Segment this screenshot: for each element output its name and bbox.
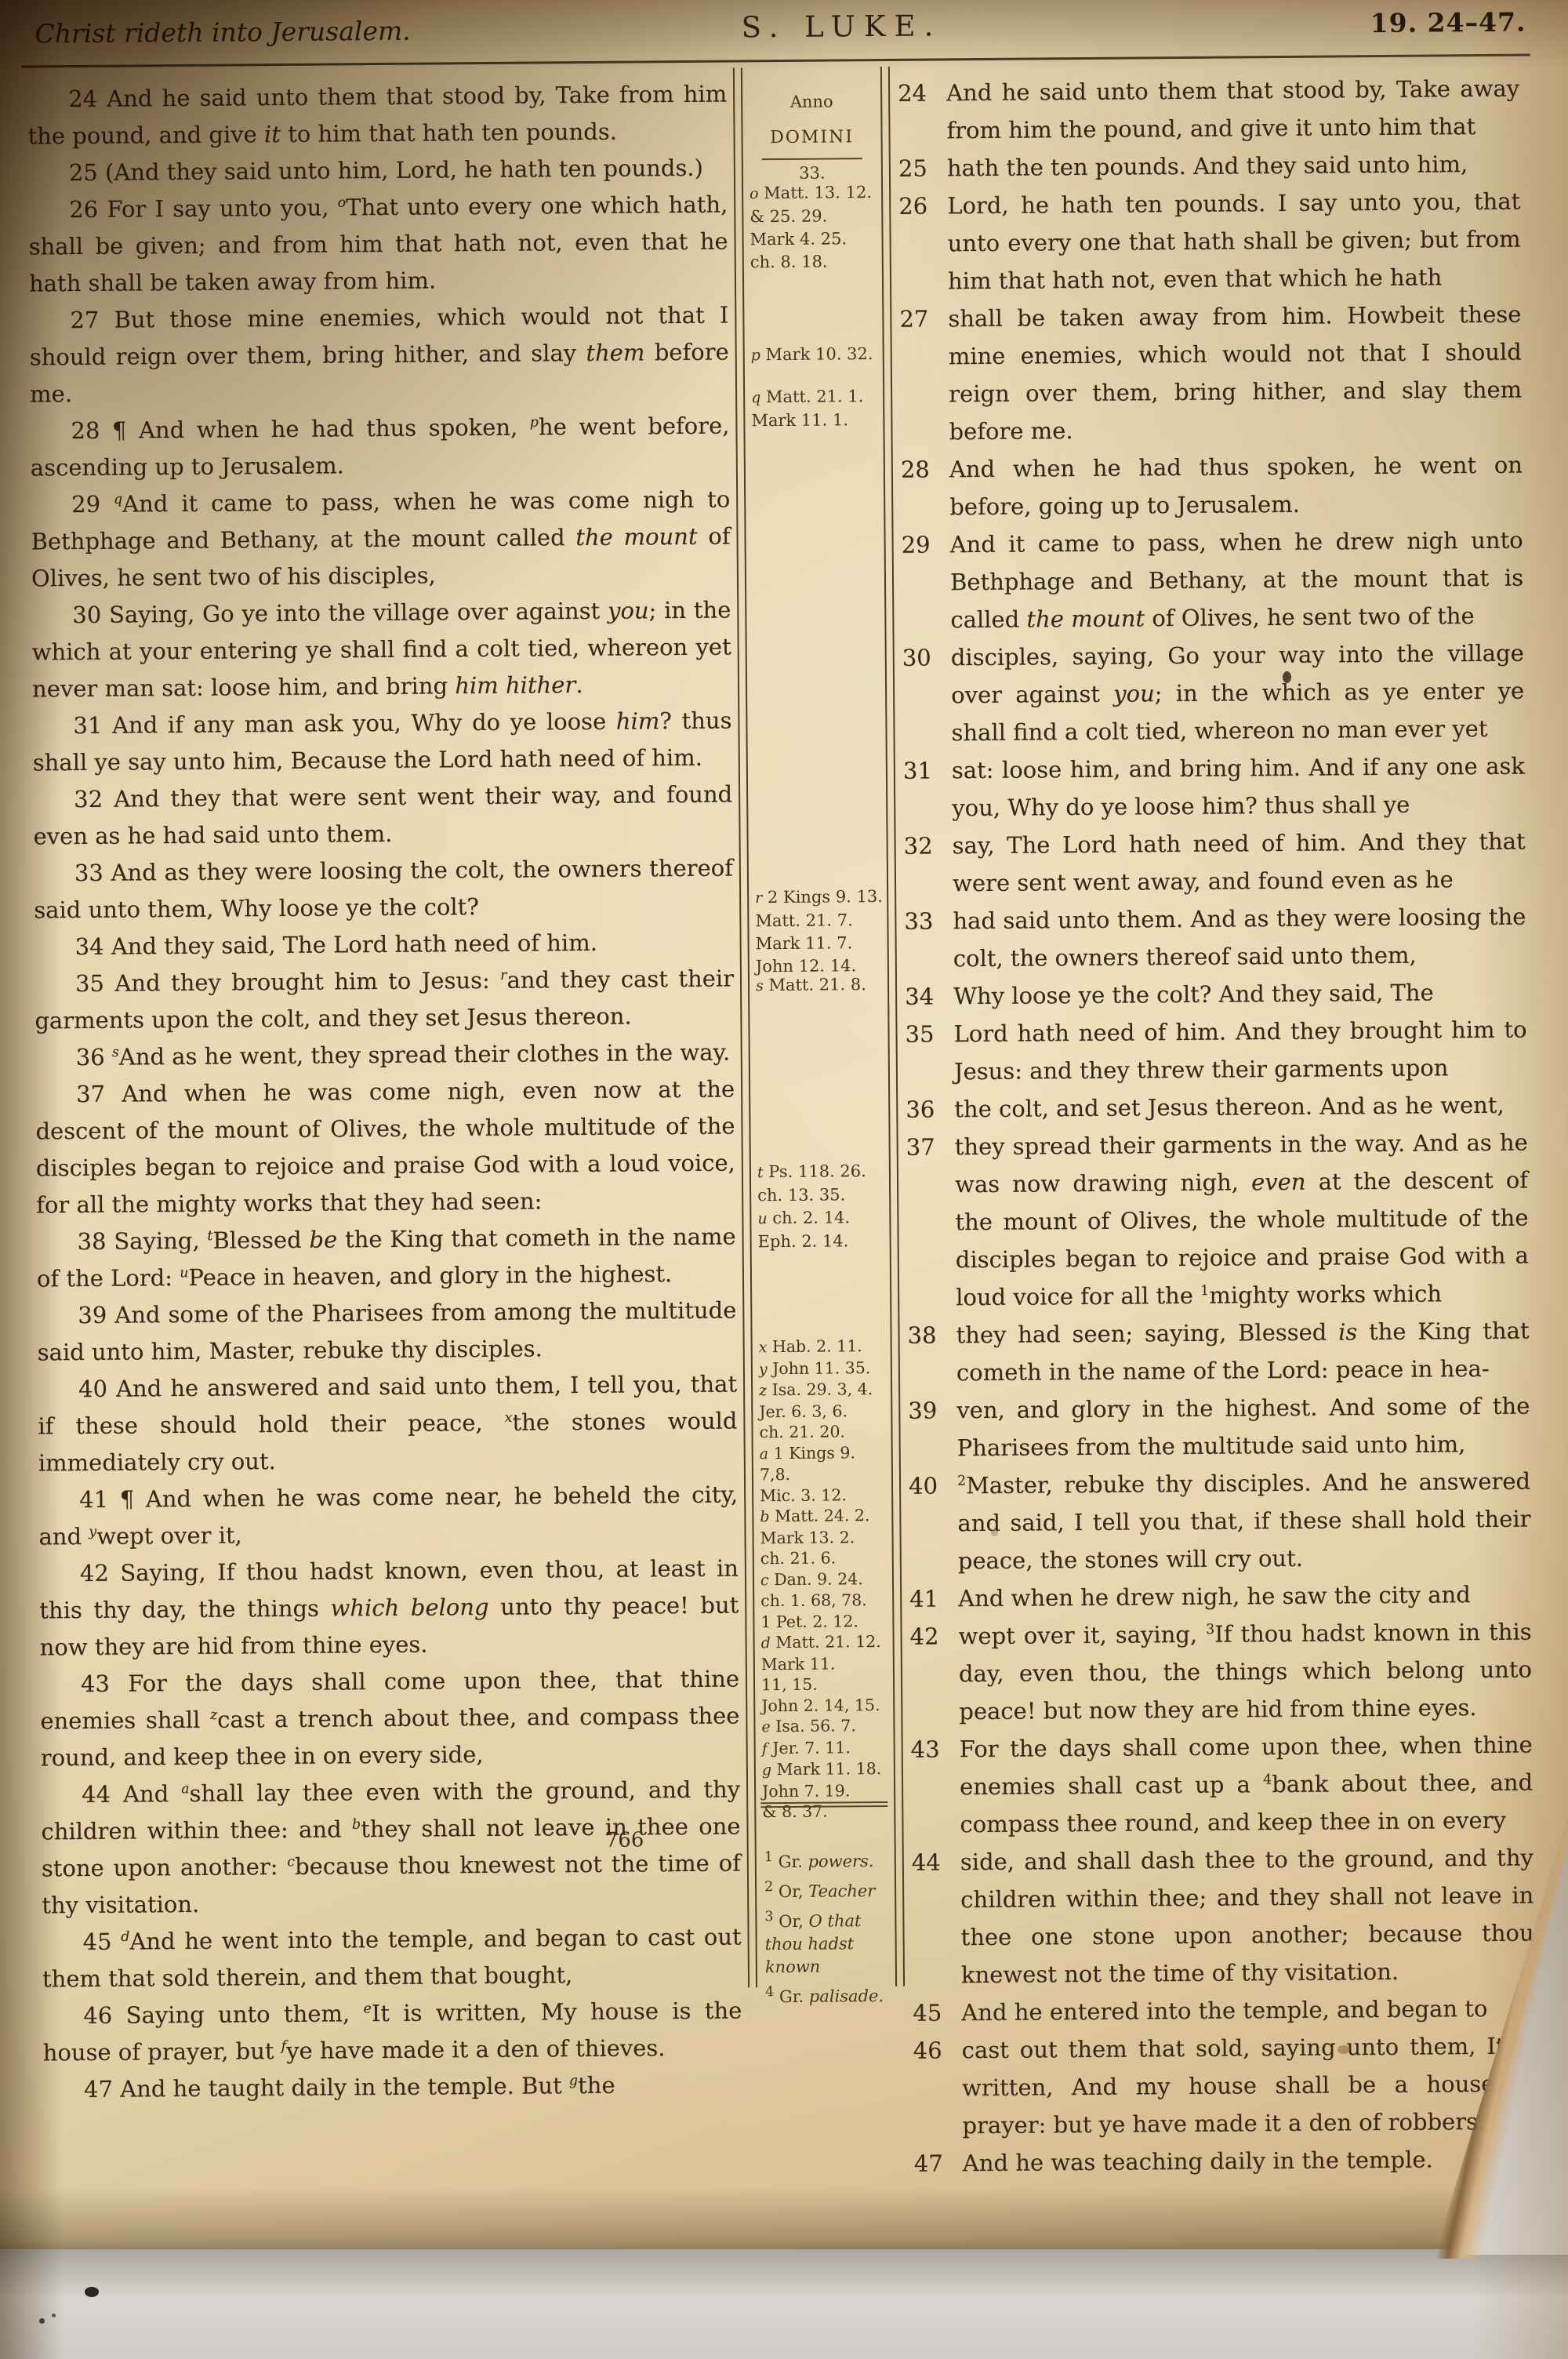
verse-text: And he was teaching daily in the temple.	[963, 2146, 1433, 2177]
footnote: 1 Gr. powers.	[764, 1845, 891, 1874]
verse-number: 30	[902, 639, 931, 677]
rv-verse-42: 42wept over it, saying, 3If thou hadst k…	[909, 1613, 1532, 1731]
rv-verse-37: 37they spread their garments in the way.…	[906, 1124, 1529, 1317]
verse-number: 47	[84, 2076, 113, 2103]
verse-text: ven, and glory in the highest. And some …	[956, 1393, 1530, 1462]
verse-number: 40	[78, 1376, 107, 1402]
page-content: Christ rideth into Jerusalem. S. LUKE. 1…	[0, 0, 1568, 2359]
kjv-verse-30: 30 Saying, Go ye into the village over a…	[31, 592, 731, 708]
verse-number: 41	[79, 1486, 108, 1513]
page-number: 766	[546, 1828, 702, 1853]
verse-text: And he said unto them that stood by, Tak…	[946, 75, 1519, 144]
verse-number: 26	[898, 187, 927, 225]
cross-reference-group: t Ps. 118. 26. ch. 13. 35. u ch. 2. 14. …	[757, 1160, 887, 1253]
verse-text: 2Master, rebuke thy disciples. And he an…	[957, 1468, 1531, 1575]
cross-reference-group: q Matt. 21. 1. Mark 11. 1.	[751, 385, 880, 432]
verse-number: 44	[82, 1781, 111, 1808]
verse-number: 46	[913, 2031, 942, 2069]
verse-number: 43	[81, 1670, 110, 1697]
verse-text: For the days shall come upon thee, when …	[960, 1732, 1534, 1838]
rv-verse-24: 24And he said unto them that stood by, T…	[898, 70, 1520, 150]
rv-verse-46: 46cast out them that sold, saying unto t…	[913, 2027, 1536, 2145]
kjv-verse-33: 33 And as they were loosing the colt, th…	[34, 849, 734, 929]
verse-number: 37	[906, 1128, 935, 1165]
kjv-verse-46: 46 Saying unto them, eIt is written, My …	[42, 1992, 742, 2071]
footnote: 2 Or, Teacher	[764, 1875, 891, 1903]
footnote: 4 Gr. palisade.	[765, 1980, 892, 2008]
verse-number: 40	[909, 1467, 938, 1504]
anno-label: Anno	[742, 91, 880, 112]
verse-number: 32	[903, 827, 932, 864]
verse-text: had said unto them. And as they were loo…	[953, 903, 1526, 972]
paper-stain	[1131, 1749, 1139, 1755]
verse-text: the colt, and set Jesus thereon. And as …	[954, 1092, 1504, 1123]
verse-number: 29	[901, 526, 930, 564]
verse-number: 44	[912, 1843, 941, 1881]
rv-column: 24And he said unto them that stood by, T…	[890, 61, 1545, 1987]
verse-number: 46	[83, 2002, 112, 2029]
kjv-verse-38: 38 Saying, tBlessed be the King that com…	[36, 1218, 736, 1297]
cross-reference-group: r 2 Kings 9. 13. Matt. 21. 7. Mark 11. 7…	[755, 885, 884, 978]
verse-number: 27	[899, 300, 928, 338]
page-bottom-shadow	[0, 2186, 1568, 2252]
verse-number: 31	[903, 752, 932, 790]
kjv-verse-24: 24 And he said unto them that stood by, …	[27, 76, 728, 155]
verse-number: 39	[908, 1391, 937, 1429]
verse-text: side, and shall dash thee to the ground,…	[960, 1845, 1534, 1989]
kjv-verse-32: 32 And they that were sent went their wa…	[33, 776, 733, 856]
scanned-bible-page: Christ rideth into Jerusalem. S. LUKE. 1…	[0, 0, 1568, 2359]
verse-number: 30	[72, 602, 101, 628]
rv-verse-26: 26Lord, he hath ten pounds. I say unto y…	[898, 183, 1521, 300]
verse-number: 27	[70, 307, 99, 333]
rv-verse-32: 32say, The Lord hath need of him. And th…	[903, 823, 1526, 903]
notes-column: Anno DOMINI 33. o Matt. 13. 12. & 25. 29…	[742, 67, 895, 1989]
verse-number: 41	[909, 1579, 938, 1617]
footnote: 3 Or, O that thou hadst known	[764, 1905, 892, 1979]
chapter-verse-range: 19. 24–47.	[1370, 7, 1526, 39]
verse-text: disciples, saying, Go your way into the …	[951, 640, 1525, 747]
verse-text: Why loose ye the colt? And they said, Th…	[953, 979, 1434, 1009]
verse-number: 25	[69, 159, 98, 186]
cross-reference-group: o Matt. 13. 12. & 25. 29. Mark 4. 25. ch…	[750, 181, 879, 274]
kjv-column: 24 And he said unto them that stood by, …	[21, 67, 748, 1994]
rv-verse-35: 35Lord hath need of him. And they brough…	[905, 1011, 1527, 1091]
verse-number: 38	[907, 1316, 936, 1354]
verse-number: 24	[68, 85, 97, 112]
verse-text: shall be taken away from him. Howbeit th…	[948, 301, 1522, 445]
rv-verse-43: 43For the days shall come upon thee, whe…	[911, 1726, 1534, 1844]
verse-number: 35	[905, 1015, 934, 1052]
kjv-verse-42: 42 Saying, If thou hadst known, even tho…	[39, 1550, 739, 1666]
kjv-verse-31: 31 And if any man ask you, Why do ye loo…	[32, 703, 732, 782]
verse-number: 36	[76, 1044, 105, 1070]
ink-speck	[39, 2318, 45, 2324]
verse-number: 43	[911, 1730, 940, 1768]
verse-number: 33	[74, 860, 103, 886]
verse-number: 28	[71, 417, 100, 444]
desk-surface	[0, 2249, 1568, 2359]
verse-number: 36	[906, 1090, 935, 1128]
kjv-verse-26: 26 For I say unto you, oThat unto every …	[28, 187, 728, 303]
ink-speck	[52, 2314, 56, 2317]
ink-speck	[85, 2287, 99, 2297]
verse-number: 38	[77, 1228, 106, 1255]
verse-text: hath the ten pounds. And they said unto …	[947, 151, 1468, 181]
verse-number: 45	[913, 1994, 942, 2031]
rv-verse-27: 27shall be taken away from him. Howbeit …	[899, 296, 1522, 451]
verse-number: 39	[78, 1302, 107, 1329]
verse-text: Lord hath need of him. And they brought …	[953, 1016, 1526, 1085]
kjv-verse-27: 27 But those mine enemies, which would n…	[29, 297, 729, 413]
verse-number: 34	[905, 977, 934, 1015]
book-title: S. LUKE.	[0, 4, 1559, 50]
rv-verse-28: 28And when he had thus spoken, he went o…	[901, 446, 1523, 526]
kjv-verse-45: 45 dAnd he went into the temple, and beg…	[42, 1918, 742, 1997]
verse-number: 42	[909, 1617, 938, 1655]
rv-verse-30: 30disciples, saying, Go your way into th…	[902, 634, 1525, 752]
verse-text: Lord, he hath ten pounds. I say unto you…	[947, 188, 1521, 295]
verse-text: they had seen; saying, Blessed is the Ki…	[956, 1318, 1529, 1387]
domini-label: DOMINI	[742, 126, 880, 148]
verse-text: say, The Lord hath need of him. And they…	[953, 828, 1526, 897]
rv-verse-33: 33had said unto them. And as they were l…	[904, 898, 1526, 978]
paper-stain	[1338, 2045, 1350, 2054]
kjv-verse-28: 28 ¶ And when he had thus spoken, phe we…	[30, 408, 730, 487]
cross-reference-group: p Mark 10. 32.	[751, 343, 880, 367]
kjv-verse-40: 40 And he answered and said unto them, I…	[38, 1365, 738, 1481]
verse-text: And when he had thus spoken, he went on …	[949, 452, 1523, 521]
kjv-verse-25: 25 (And they said unto him, Lord, he hat…	[28, 150, 728, 192]
verse-number: 34	[75, 933, 104, 960]
verse-text: sat: loose him, and bring him. And if an…	[952, 753, 1525, 822]
rv-verse-44: 44side, and shall dash thee to the groun…	[912, 1839, 1534, 1994]
footnotes-divider	[760, 1801, 887, 1808]
kjv-verse-34: 34 And they said, The Lord hath need of …	[34, 923, 733, 965]
rv-verse-40: 402Master, rebuke thy disciples. And he …	[909, 1463, 1531, 1580]
verse-number: 25	[898, 150, 927, 187]
verse-number: 29	[71, 491, 100, 518]
rv-verse-25: 25hath the ten pounds. And they said unt…	[898, 145, 1520, 187]
verse-text: cast out them that sold, saying unto the…	[962, 2033, 1536, 2139]
verse-number: 26	[69, 196, 98, 223]
verse-number: 42	[80, 1560, 109, 1587]
kjv-verse-37: 37 And when he was come nigh, even now a…	[35, 1070, 735, 1223]
verse-number: 45	[82, 1928, 111, 1955]
verse-number: 28	[901, 451, 930, 489]
verse-text: they spread their garments in the way. A…	[955, 1129, 1529, 1311]
rv-verse-29: 29And it came to pass, when he drew nigh…	[901, 522, 1523, 639]
rv-verse-34: 34Why loose ye the colt? And they said, …	[905, 973, 1526, 1016]
kjv-verse-41: 41 ¶ And when he was come near, he behel…	[38, 1476, 739, 1555]
rv-verse-31: 31sat: loose him, and bring him. And if …	[903, 747, 1526, 827]
rv-verse-39: 39ven, and glory in the highest. And som…	[908, 1387, 1530, 1467]
kjv-verse-47: 47 And he taught daily in the temple. Bu…	[43, 2066, 742, 2108]
verse-number: 24	[898, 75, 927, 112]
text-columns: 24 And he said unto them that stood by, …	[21, 61, 1545, 1994]
verse-number: 47	[914, 2144, 943, 2182]
kjv-verse-29: 29 qAnd it came to pass, when he was com…	[31, 482, 731, 598]
verse-number: 32	[74, 786, 103, 812]
cross-reference-group: x Hab. 2. 11. y John 11. 35. z Isa. 29. …	[759, 1336, 891, 1823]
paper-stain	[991, 1529, 998, 1536]
verse-number: 35	[75, 970, 104, 997]
verse-text: And it came to pass, when he drew nigh u…	[950, 527, 1524, 634]
rv-verse-45: 45And he entered into the temple, and be…	[913, 1990, 1534, 2032]
verse-number: 37	[76, 1081, 105, 1107]
rv-verse-36: 36the colt, and set Jesus thereon. And a…	[906, 1086, 1527, 1129]
verse-text: And when he drew nigh, he saw the city a…	[958, 1581, 1471, 1612]
cross-reference-group: s Matt. 21. 8.	[756, 973, 884, 998]
anno-domini-block: Anno DOMINI 33.	[742, 76, 881, 198]
rv-verse-41: 41And when he drew nigh, he saw the city…	[909, 1576, 1531, 1618]
verse-text: And he entered into the temple, and bega…	[961, 1995, 1487, 2026]
verse-number: 31	[73, 712, 102, 739]
verse-text: wept over it, saying, 3If thou hadst kno…	[958, 1619, 1532, 1725]
kjv-verse-39: 39 And some of the Pharisees from among …	[37, 1292, 737, 1371]
rv-verse-38: 38they had seen; saying, Blessed is the …	[907, 1312, 1530, 1392]
kjv-verse-43: 43 For the days shall come upon thee, th…	[40, 1660, 740, 1776]
verse-number: 33	[904, 902, 933, 940]
kjv-verse-35: 35 And they brought him to Jesus: rand t…	[34, 960, 735, 1039]
kjv-verse-36: 36 sAnd as he went, they spread their cl…	[35, 1034, 735, 1076]
ink-speck	[1283, 671, 1291, 683]
rv-verse-47: 47And he was teaching daily in the templ…	[914, 2140, 1536, 2183]
footnotes-block: 1 Gr. powers. 2 Or, Teacher 3 Or, O that…	[764, 1845, 893, 2011]
